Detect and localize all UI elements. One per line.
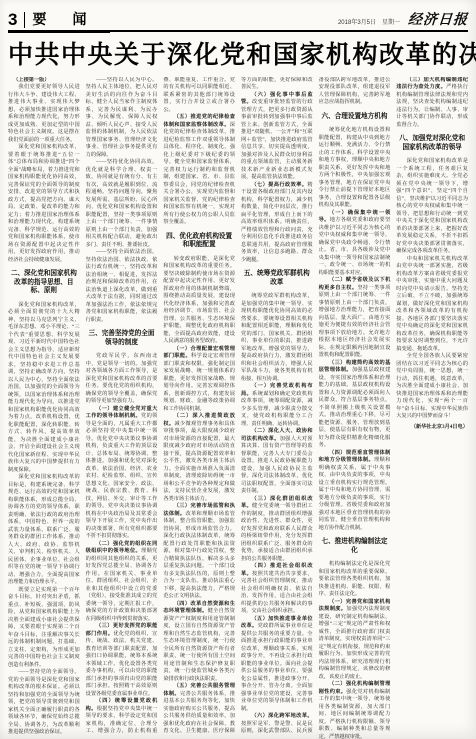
item-lead: （五）完善公共服务管理体制。	[163, 683, 235, 697]
article-paragraph: 全党全国各族人民要紧密团结在以习近平同志为核心的党中央周围，统一思想，统一行动，…	[396, 353, 468, 421]
article-paragraph: （六）强化事中事后监管。改变重审批轻监管的行政管理方式，把更多行政资源从事前审批…	[241, 92, 313, 182]
header-divider	[24, 12, 25, 28]
article-paragraph: （五）推进党的纪律检查体制和国家监察体制改革。深化党的纪律检查体制改革，推进纪检…	[163, 114, 235, 227]
section-heading: 七、推进机构编制法定化	[321, 538, 389, 555]
article-paragraph: 深化党和国家机构改革的目标是，构建系统完备、科学规范、运行高效的党和国家机构职能…	[8, 474, 80, 587]
article-paragraph: （一）合理配置宏观管理部门职能。科学设定宏观管理部门职责和权限，强化制定国家发展…	[163, 346, 235, 414]
section-heading: 三、完善坚持党的全面领导的制度	[88, 330, 156, 347]
article-paragraph: 党政军民学，东西南北中，党是领导一切的。加强党对各领域各方面工作领导，是深化党和…	[86, 353, 158, 406]
item-lead: （五）推进党的纪律检查体制和国家监察体制改革。	[163, 114, 235, 128]
article-paragraph: （一）完善党政机构布局。系统谋划和确定党政机构改革事项，统筹调配资源，减少多头管…	[241, 383, 313, 428]
article-paragraph: （二）深入推进简政放权。减少微观管理事务和具体审批事项，最大限度减少政府对市场资…	[163, 413, 235, 503]
item-lead: （三）构建简约高效的基层管理体制。	[319, 360, 391, 374]
item-lead: （一）完善党和国家机构法规制度。	[319, 599, 391, 613]
article-paragraph: 统筹优化地方机构设置和职能配置，构建从中央到地方运行顺畅、充满活力、令行禁止的工…	[319, 127, 391, 210]
page-header: 3 要 闻 2018年3月5日 星期一 经济日报	[8, 6, 468, 28]
item-lead: （五）加快推进事业单位改革。	[241, 616, 313, 630]
item-lead: （三）完善市场监管和执法体制。	[163, 503, 235, 517]
article-paragraph: （三）完善市场监管和执法体制。改革和理顺市场监管体制，整合监管职能，加强监管协同…	[163, 503, 235, 601]
article-paragraph: （一）确保集中统一领导。地方各级党委和政府要坚决维护以习近平同志为核心的党中央权…	[319, 210, 391, 278]
article-paragraph: 深化党和国家机构改革，要着眼于统筹推进“五位一体”总体布局和协调推进“四个全面”…	[8, 144, 80, 264]
item-lead: （三）深化群团组织改革。	[241, 496, 313, 510]
article-paragraph: （三）深化群团组织改革。健全党委统一领导群团工作的制度，推动群团组织增强政治性、…	[241, 496, 313, 564]
article-paragraph: （二）强化党的组织在同级组织中的领导地位。理顺党的组织同其他组织的关系，更好发挥…	[86, 541, 158, 624]
article-paragraph: （二）强化机构编制管理刚性约束。强化党对机构编制工作的集中统一领导，统筹使用各类…	[319, 681, 391, 739]
article-paragraph: 中央和国家机关机构改革由党中央统一部署实施，省级机构改革方案由省级党委报党中央审…	[396, 256, 468, 354]
item-lead: （二）强化机构编制管理刚性约束。	[319, 681, 391, 695]
article-paragraph: （七）提高行政效率。精干设置各级政府部门及其内设机构，科学配置权力，减少机构数量…	[241, 182, 313, 265]
item-lead: （六）深化跨军地改革。	[251, 713, 312, 719]
article-paragraph: （上接第一版）	[8, 77, 80, 85]
article-paragraph: （一）建立健全党对重大工作的领导体制机制。党的领导是全面的，凡属重大工作都必须坚…	[86, 406, 158, 541]
item-lead: （七）提高行政效率。	[251, 182, 307, 188]
item-lead: （四）改革自然资源和生态环境管理体制。	[163, 601, 235, 615]
article-paragraph: 我们党要更好领导人民进行伟大斗争、建设伟大工程、推进伟大事业、实现伟大梦想，必须…	[8, 84, 80, 144]
article-paragraph: （三）加大机构编制违纪违法行为查处力度。严格执行机构编制管理法律法规和党内法规，…	[396, 77, 468, 130]
header-rule-thick	[8, 30, 110, 33]
item-lead: （二）强化党的组织在同级组织中的领导地位。	[86, 541, 158, 555]
section-heading: 五、统筹党政军群机构改革	[243, 270, 311, 287]
header-right: 2018年3月5日 星期一 经济日报	[338, 14, 468, 28]
header-left: 3 要 闻	[8, 11, 92, 28]
item-lead: （三）加大机构编制违纪违法行为查处力度。	[396, 77, 468, 91]
item-lead: （一）建立健全党对重大工作的领导体制机制。	[86, 406, 158, 420]
item-lead: （二）赋予省级及以下机构更多自主权。	[319, 277, 391, 291]
item-lead: （二）深化人大、政协和司法机构改革。	[241, 428, 313, 442]
item-lead: （三）更好发挥党的职能部门作用。	[86, 623, 158, 637]
newspaper-masthead: 经济日报	[408, 14, 469, 28]
newspaper-page: 3 要 闻 2018年3月5日 星期一 经济日报 中共中央关于深化党和国家机构改…	[0, 0, 476, 739]
section-heading: 八、加强党对深化党和国家机构改革的领导	[398, 135, 466, 152]
date-text: 2018年3月5日 星期一	[338, 17, 400, 28]
article-body-wrap: （上接第一版）我们党要更好领导人民进行伟大斗争、建设伟大工程、推进伟大事业、实现…	[8, 77, 468, 739]
article-paragraph: 深化党和国家机构改革是一个系统工程，任务艰巨复杂，组织实施难度大。全党必须在党中…	[396, 158, 468, 256]
source-credit: （新华社北京3月4日电）	[396, 424, 468, 432]
page-number: 3	[8, 11, 17, 28]
article-columns: （上接第一版）我们党要更好领导人民进行伟大斗争、建设伟大工程、推进伟大事业、实现…	[8, 77, 468, 739]
main-headline: 中共中央关于深化党和国家机构改革的决定	[8, 42, 468, 70]
section-heading: 六、合理设置地方机构	[321, 113, 389, 122]
item-lead: （四）推进社会组织改革。	[241, 563, 313, 577]
article-paragraph: 深化党和国家机构改革，必须全面贯彻党的十九大精神，坚持以马克思列宁主义、毛泽东思…	[8, 302, 80, 475]
article-paragraph: （四）推进社会组织改革。按照共建共治共享要求，完善社会组织管理制度，推动社会组织…	[241, 563, 313, 616]
article-paragraph: 既要立足实现第一个百年奋斗目标，针对突出矛盾，抓重点、补短板、强弱项、防风险，从…	[8, 587, 80, 670]
article-paragraph: （一）完善党和国家机构法规制度。加强党内法规制度建设，研究制定机构编制法，增强“…	[319, 599, 391, 682]
section-heading: 二、深化党和国家机构改革的指导思想、目标、原则	[10, 270, 78, 296]
item-lead: （一）合理配置宏观管理部门职能。	[163, 346, 235, 360]
article-paragraph: 机构编制法定化是深化党和国家机构改革的重要保障。要依法管理各类组织机构，加快推进…	[319, 561, 391, 599]
article-paragraph: 统筹党政军群机构改革，是加强党的集中统一领导、实现机构职能优化协同高效的必然要求…	[241, 293, 313, 383]
article-paragraph: ——坚持优化协同高效。优化就是科学合理、权责一致，协同就是有统有分、有主有次，高…	[86, 159, 158, 249]
article-paragraph: （二）赋予省级及以下机构更多自主权。坚持一类事项原则上由一个部门统筹、一件事情原…	[319, 277, 391, 360]
item-lead: （二）深入推进简政放权。	[163, 413, 235, 427]
item-lead: （一）确保集中统一领导。	[319, 210, 391, 224]
item-lead: （四）规范垂直管理体制和地方分级管理体制。	[319, 450, 391, 464]
article-paragraph: ——坚持党的全面领导。党的全面领导是深化党和国家机构改革的根本保证。必须以坚持和…	[8, 669, 80, 737]
article-paragraph: （五）加快推进事业单位改革。党政群所属事业单位是提供公共服务的重要力量。全面推进…	[241, 616, 313, 714]
header-rule	[8, 30, 468, 34]
article-paragraph: （四）规范垂直管理体制和地方分级管理体制。理顺和明确权责关系，属于中央事权、由中…	[319, 450, 391, 533]
article-paragraph: ——坚持以人民为中心。坚持人民主体地位，把人民对美好生活的向往作为奋斗目标，健全…	[86, 77, 158, 160]
article-paragraph: ——坚持全面依法治国。坚持依法治国、依法执政、依法行政有机统一，坚持改革和法治相…	[86, 249, 158, 324]
article-paragraph: （三）构建简约高效的基层管理体制。加强基层政权建设，夯实国家治理体系和治理能力的…	[319, 360, 391, 450]
item-lead: （一）完善党政机构布局。	[241, 383, 313, 397]
item-lead: （四）统筹设置党政机构。	[86, 698, 158, 712]
article-paragraph: 转变政府职能，是深化党和国家机构改革的重要任务。要坚决破除制约使市场在资源配置中…	[163, 256, 235, 346]
section-label: 要 闻	[32, 14, 92, 28]
section-heading: 四、优化政府机构设置和职能配置	[165, 233, 233, 250]
article-paragraph: （三）更好发挥党的职能部门作用。优化党的组织、宣传、统战、政法、机关党建、教育培…	[86, 623, 158, 698]
item-lead: （六）强化事中事后监管。	[241, 92, 313, 106]
article-paragraph: （四）改革自然资源和生态环境管理体制。健全自然资源资产产权制度和用途管制制度，设…	[163, 601, 235, 684]
article-paragraph: （二）深化人大、政协和司法机构改革。加强人大对预算决算、国有资产管理等的监督职能…	[241, 428, 313, 496]
